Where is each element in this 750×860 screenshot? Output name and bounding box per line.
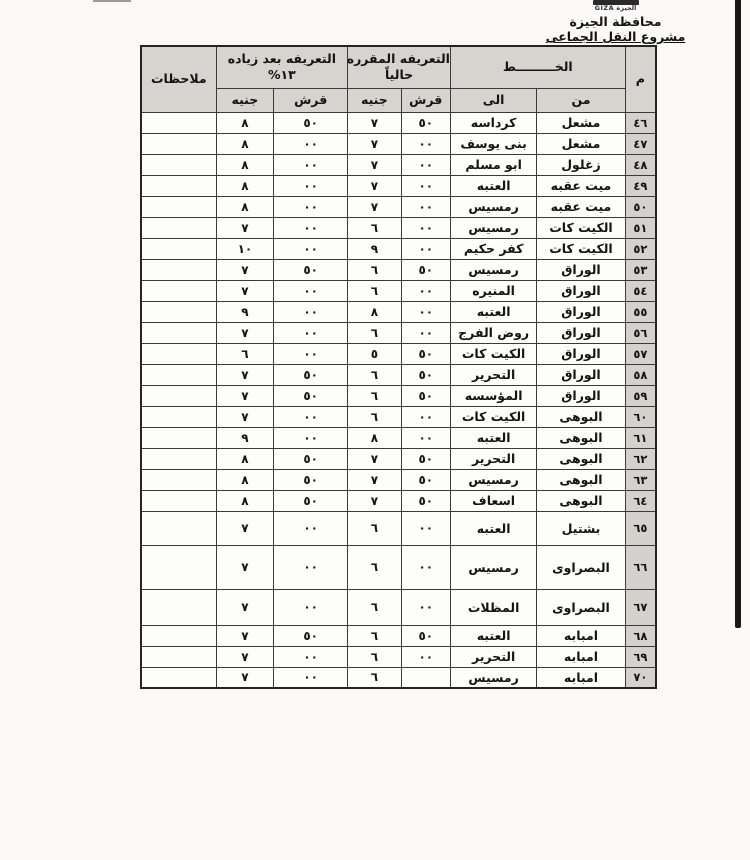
- new-pounds-cell: ٧: [216, 280, 274, 301]
- to-cell: المؤسسه: [450, 385, 536, 406]
- current-pounds-cell: ٦: [348, 259, 401, 280]
- row-number-cell: ٦٦: [625, 545, 656, 589]
- notes-cell: [141, 667, 216, 688]
- table-row: ٥٣الوراقرمسيس٥٠٦٥٠٧: [141, 259, 656, 280]
- giza-logo-text: الجيزة GIZA: [528, 5, 703, 12]
- tariff-table-body: ٤٦مشعلكرداسه٥٠٧٥٠٨٤٧مشعلبنى يوسف٠٠٧٠٠٨٤٨…: [141, 112, 656, 688]
- new-pounds-cell: ٧: [216, 217, 274, 238]
- table-row: ٥٦الوراقروض الفرج٠٠٦٠٠٧: [141, 322, 656, 343]
- from-cell: البوهى: [537, 490, 625, 511]
- to-cell: التحرير: [450, 646, 536, 667]
- from-cell: البوهى: [537, 406, 625, 427]
- row-number-cell: ٤٨: [625, 154, 656, 175]
- row-number-cell: ٥٨: [625, 364, 656, 385]
- scan-artifact: [93, 0, 131, 2]
- to-cell: العتبه: [450, 427, 536, 448]
- new-pounds-cell: ٨: [216, 469, 274, 490]
- to-cell: بنى يوسف: [450, 133, 536, 154]
- current-piasters-cell: ٠٠: [401, 154, 450, 175]
- row-number-cell: ٦٣: [625, 469, 656, 490]
- new-pounds-cell: ٨: [216, 196, 274, 217]
- from-cell: امبابه: [537, 646, 625, 667]
- row-number-cell: ٦٥: [625, 511, 656, 545]
- new-piasters-cell: ٥٠: [274, 469, 348, 490]
- notes-cell: [141, 196, 216, 217]
- row-number-cell: ٥٠: [625, 196, 656, 217]
- col-header-new-tariff: التعريفه بعد زياده ١٣%: [216, 46, 348, 88]
- notes-cell: [141, 364, 216, 385]
- col-header-current-piasters: قرش: [401, 88, 450, 112]
- to-cell: ابو مسلم: [450, 154, 536, 175]
- table-row: ٥٨الوراقالتحرير٥٠٦٥٠٧: [141, 364, 656, 385]
- table-row: ٦٣البوهىرمسيس٥٠٧٥٠٨: [141, 469, 656, 490]
- row-number-cell: ٧٠: [625, 667, 656, 688]
- new-piasters-cell: ٠٠: [274, 646, 348, 667]
- from-cell: البصراوى: [537, 589, 625, 625]
- new-tariff-line2: ١٣%: [217, 67, 348, 83]
- tariff-table: م الخـــــــــط التعريفه المقرره حالياً …: [140, 45, 657, 689]
- notes-cell: [141, 625, 216, 646]
- current-piasters-cell: ٠٠: [401, 217, 450, 238]
- notes-cell: [141, 385, 216, 406]
- notes-cell: [141, 490, 216, 511]
- row-number-cell: ٦٤: [625, 490, 656, 511]
- notes-cell: [141, 448, 216, 469]
- notes-cell: [141, 589, 216, 625]
- row-number-cell: ٥٤: [625, 280, 656, 301]
- from-cell: الكيت كات: [537, 217, 625, 238]
- table-row: ٦٨امبابهالعتبه٥٠٦٥٠٧: [141, 625, 656, 646]
- from-cell: زغلول: [537, 154, 625, 175]
- new-pounds-cell: ٦: [216, 343, 274, 364]
- current-pounds-cell: ٧: [348, 112, 401, 133]
- to-cell: التحرير: [450, 448, 536, 469]
- new-piasters-cell: ٠٠: [274, 427, 348, 448]
- from-cell: البوهى: [537, 469, 625, 490]
- notes-cell: [141, 301, 216, 322]
- org-name: محافظة الجيزة: [528, 14, 703, 29]
- from-cell: الوراق: [537, 343, 625, 364]
- new-piasters-cell: ٥٠: [274, 490, 348, 511]
- row-number-cell: ٥٥: [625, 301, 656, 322]
- table-row: ٤٧مشعلبنى يوسف٠٠٧٠٠٨: [141, 133, 656, 154]
- new-pounds-cell: ٧: [216, 589, 274, 625]
- new-pounds-cell: ٩: [216, 427, 274, 448]
- notes-cell: [141, 343, 216, 364]
- notes-cell: [141, 469, 216, 490]
- current-piasters-cell: ٠٠: [401, 322, 450, 343]
- row-number-cell: ٦٩: [625, 646, 656, 667]
- current-piasters-cell: ٥٠: [401, 343, 450, 364]
- current-pounds-cell: ٦: [348, 280, 401, 301]
- current-pounds-cell: ٨: [348, 427, 401, 448]
- new-pounds-cell: ٧: [216, 385, 274, 406]
- current-piasters-cell: [401, 667, 450, 688]
- new-pounds-cell: ٧: [216, 667, 274, 688]
- table-row: ٦٧البصراوىالمظلات٠٠٦٠٠٧: [141, 589, 656, 625]
- new-pounds-cell: ٨: [216, 154, 274, 175]
- notes-cell: [141, 217, 216, 238]
- new-pounds-cell: ٧: [216, 545, 274, 589]
- table-row: ٥٧الوراقالكيت كات٥٠٥٠٠٦: [141, 343, 656, 364]
- row-number-cell: ٤٩: [625, 175, 656, 196]
- current-pounds-cell: ٦: [348, 589, 401, 625]
- current-tariff-line1: التعريفه المقرره: [348, 51, 450, 67]
- from-cell: مشعل: [537, 112, 625, 133]
- new-pounds-cell: ٨: [216, 490, 274, 511]
- row-number-cell: ٥٧: [625, 343, 656, 364]
- to-cell: اسعاف: [450, 490, 536, 511]
- to-cell: العتبه: [450, 625, 536, 646]
- table-row: ٥٢الكيت كاتكفر حكيم٠٠٩٠٠١٠: [141, 238, 656, 259]
- notes-cell: [141, 280, 216, 301]
- table-row: ٥٤الوراقالمنيره٠٠٦٠٠٧: [141, 280, 656, 301]
- current-piasters-cell: ٠٠: [401, 511, 450, 545]
- notes-cell: [141, 406, 216, 427]
- current-pounds-cell: ٧: [348, 175, 401, 196]
- row-number-cell: ٥٩: [625, 385, 656, 406]
- new-piasters-cell: ٠٠: [274, 301, 348, 322]
- current-pounds-cell: ٧: [348, 196, 401, 217]
- from-cell: الوراق: [537, 322, 625, 343]
- scanned-page: الجيزة GIZA محافظة الجيزة مشروع النقل ال…: [0, 0, 750, 860]
- new-piasters-cell: ٥٠: [274, 364, 348, 385]
- new-piasters-cell: ٠٠: [274, 196, 348, 217]
- new-piasters-cell: ٠٠: [274, 175, 348, 196]
- current-pounds-cell: ٦: [348, 625, 401, 646]
- notes-cell: [141, 154, 216, 175]
- row-number-cell: ٦١: [625, 427, 656, 448]
- current-piasters-cell: ٥٠: [401, 385, 450, 406]
- to-cell: العتبه: [450, 301, 536, 322]
- row-number-cell: ٦٠: [625, 406, 656, 427]
- col-header-current-pounds: جنيه: [348, 88, 401, 112]
- table-row: ٤٩ميت عقبهالعتبه٠٠٧٠٠٨: [141, 175, 656, 196]
- table-row: ٦١البوهىالعتبه٠٠٨٠٠٩: [141, 427, 656, 448]
- new-pounds-cell: ١٠: [216, 238, 274, 259]
- col-header-new-pounds: جنيه: [216, 88, 274, 112]
- current-piasters-cell: ٥٠: [401, 448, 450, 469]
- from-cell: ميت عقبه: [537, 175, 625, 196]
- to-cell: رمسيس: [450, 667, 536, 688]
- current-pounds-cell: ٦: [348, 217, 401, 238]
- new-tariff-line1: التعريفه بعد زياده: [217, 51, 348, 67]
- col-header-line: الخـــــــــط: [450, 46, 625, 88]
- to-cell: العتبه: [450, 511, 536, 545]
- new-pounds-cell: ٨: [216, 448, 274, 469]
- new-piasters-cell: ٥٠: [274, 625, 348, 646]
- new-pounds-cell: ٨: [216, 112, 274, 133]
- new-piasters-cell: ٠٠: [274, 238, 348, 259]
- notes-cell: [141, 511, 216, 545]
- scan-border-line: [735, 0, 741, 628]
- current-pounds-cell: ٦: [348, 667, 401, 688]
- new-pounds-cell: ٧: [216, 625, 274, 646]
- current-piasters-cell: ٠٠: [401, 406, 450, 427]
- new-piasters-cell: ٠٠: [274, 589, 348, 625]
- from-cell: بشتيل: [537, 511, 625, 545]
- table-row: ٥١الكيت كاترمسيس٠٠٦٠٠٧: [141, 217, 656, 238]
- new-piasters-cell: ٠٠: [274, 343, 348, 364]
- col-header-to: الى: [450, 88, 536, 112]
- new-piasters-cell: ٠٠: [274, 217, 348, 238]
- current-piasters-cell: ٥٠: [401, 259, 450, 280]
- row-number-cell: ٥٦: [625, 322, 656, 343]
- row-number-cell: ٥١: [625, 217, 656, 238]
- table-row: ٤٦مشعلكرداسه٥٠٧٥٠٨: [141, 112, 656, 133]
- current-piasters-cell: ٠٠: [401, 280, 450, 301]
- table-row: ٧٠امبابهرمسيس٦٠٠٧: [141, 667, 656, 688]
- to-cell: رمسيس: [450, 545, 536, 589]
- to-cell: كرداسه: [450, 112, 536, 133]
- from-cell: امبابه: [537, 625, 625, 646]
- col-header-current-tariff: التعريفه المقرره حالياً: [348, 46, 451, 88]
- new-piasters-cell: ٠٠: [274, 322, 348, 343]
- new-pounds-cell: ٨: [216, 133, 274, 154]
- current-pounds-cell: ٧: [348, 469, 401, 490]
- to-cell: التحرير: [450, 364, 536, 385]
- current-pounds-cell: ٨: [348, 301, 401, 322]
- current-pounds-cell: ٧: [348, 133, 401, 154]
- from-cell: ميت عقبه: [537, 196, 625, 217]
- from-cell: مشعل: [537, 133, 625, 154]
- table-row: ٥٥الوراقالعتبه٠٠٨٠٠٩: [141, 301, 656, 322]
- header-row-1: م الخـــــــــط التعريفه المقرره حالياً …: [141, 46, 656, 88]
- row-number-cell: ٦٢: [625, 448, 656, 469]
- new-pounds-cell: ٧: [216, 646, 274, 667]
- from-cell: الكيت كات: [537, 238, 625, 259]
- from-cell: الوراق: [537, 364, 625, 385]
- row-number-cell: ٤٧: [625, 133, 656, 154]
- col-header-num: م: [625, 46, 656, 112]
- table-row: ٥٠ميت عقبهرمسيس٠٠٧٠٠٨: [141, 196, 656, 217]
- to-cell: رمسيس: [450, 217, 536, 238]
- row-number-cell: ٥٣: [625, 259, 656, 280]
- letterhead: الجيزة GIZA محافظة الجيزة مشروع النقل ال…: [528, 0, 703, 45]
- to-cell: العتبه: [450, 175, 536, 196]
- from-cell: البوهى: [537, 448, 625, 469]
- new-piasters-cell: ٠٠: [274, 154, 348, 175]
- current-piasters-cell: ٠٠: [401, 545, 450, 589]
- current-pounds-cell: ٦: [348, 545, 401, 589]
- current-pounds-cell: ٧: [348, 154, 401, 175]
- notes-cell: [141, 112, 216, 133]
- current-piasters-cell: ٥٠: [401, 469, 450, 490]
- from-cell: امبابه: [537, 667, 625, 688]
- current-pounds-cell: ٦: [348, 511, 401, 545]
- notes-cell: [141, 133, 216, 154]
- notes-cell: [141, 427, 216, 448]
- to-cell: المظلات: [450, 589, 536, 625]
- to-cell: الكيت كات: [450, 343, 536, 364]
- project-name: مشروع النقل الجماعى: [528, 29, 703, 45]
- to-cell: كفر حكيم: [450, 238, 536, 259]
- current-pounds-cell: ٧: [348, 490, 401, 511]
- giza-logo-icon: الجيزة GIZA: [528, 0, 703, 13]
- table-row: ٥٩الوراقالمؤسسه٥٠٦٥٠٧: [141, 385, 656, 406]
- current-pounds-cell: ٧: [348, 448, 401, 469]
- notes-cell: [141, 646, 216, 667]
- new-piasters-cell: ٥٠: [274, 448, 348, 469]
- current-piasters-cell: ٠٠: [401, 238, 450, 259]
- new-pounds-cell: ٧: [216, 511, 274, 545]
- from-cell: الوراق: [537, 301, 625, 322]
- from-cell: الوراق: [537, 259, 625, 280]
- to-cell: روض الفرج: [450, 322, 536, 343]
- row-number-cell: ٦٨: [625, 625, 656, 646]
- new-piasters-cell: ٥٠: [274, 259, 348, 280]
- new-pounds-cell: ٧: [216, 259, 274, 280]
- row-number-cell: ٥٢: [625, 238, 656, 259]
- notes-cell: [141, 238, 216, 259]
- table-row: ٦٩امبابهالتحرير٠٠٦٠٠٧: [141, 646, 656, 667]
- new-pounds-cell: ٧: [216, 406, 274, 427]
- new-pounds-cell: ٩: [216, 301, 274, 322]
- current-piasters-cell: ٥٠: [401, 490, 450, 511]
- current-pounds-cell: ٦: [348, 406, 401, 427]
- current-pounds-cell: ٥: [348, 343, 401, 364]
- current-pounds-cell: ٦: [348, 646, 401, 667]
- table-row: ٦٤البوهىاسعاف٥٠٧٥٠٨: [141, 490, 656, 511]
- col-header-notes: ملاحظات: [141, 46, 216, 112]
- col-header-new-piasters: قرش: [274, 88, 348, 112]
- current-tariff-line2: حالياً: [348, 67, 450, 83]
- new-pounds-cell: ٨: [216, 175, 274, 196]
- notes-cell: [141, 175, 216, 196]
- new-pounds-cell: ٧: [216, 364, 274, 385]
- current-piasters-cell: ٠٠: [401, 427, 450, 448]
- current-piasters-cell: ٠٠: [401, 175, 450, 196]
- to-cell: رمسيس: [450, 259, 536, 280]
- to-cell: رمسيس: [450, 196, 536, 217]
- current-piasters-cell: ٥٠: [401, 112, 450, 133]
- table-row: ٤٨زغلولابو مسلم٠٠٧٠٠٨: [141, 154, 656, 175]
- current-piasters-cell: ٥٠: [401, 625, 450, 646]
- new-piasters-cell: ٠٠: [274, 133, 348, 154]
- new-pounds-cell: ٧: [216, 322, 274, 343]
- new-piasters-cell: ٠٠: [274, 406, 348, 427]
- table-row: ٦٦البصراوىرمسيس٠٠٦٠٠٧: [141, 545, 656, 589]
- new-piasters-cell: ٠٠: [274, 280, 348, 301]
- new-piasters-cell: ٥٠: [274, 385, 348, 406]
- notes-cell: [141, 322, 216, 343]
- current-piasters-cell: ٠٠: [401, 301, 450, 322]
- from-cell: الوراق: [537, 385, 625, 406]
- header-row-2: من الى قرش جنيه قرش جنيه: [141, 88, 656, 112]
- to-cell: المنيره: [450, 280, 536, 301]
- notes-cell: [141, 545, 216, 589]
- from-cell: البصراوى: [537, 545, 625, 589]
- from-cell: البوهى: [537, 427, 625, 448]
- current-piasters-cell: ٥٠: [401, 364, 450, 385]
- new-piasters-cell: ٠٠: [274, 545, 348, 589]
- new-piasters-cell: ٥٠: [274, 112, 348, 133]
- new-piasters-cell: ٠٠: [274, 667, 348, 688]
- table-row: ٦٢البوهىالتحرير٥٠٧٥٠٨: [141, 448, 656, 469]
- col-header-from: من: [537, 88, 625, 112]
- current-piasters-cell: ٠٠: [401, 133, 450, 154]
- new-piasters-cell: ٠٠: [274, 511, 348, 545]
- row-number-cell: ٤٦: [625, 112, 656, 133]
- to-cell: الكيت كات: [450, 406, 536, 427]
- current-pounds-cell: ٦: [348, 322, 401, 343]
- row-number-cell: ٦٧: [625, 589, 656, 625]
- to-cell: رمسيس: [450, 469, 536, 490]
- current-piasters-cell: ٠٠: [401, 196, 450, 217]
- current-pounds-cell: ٦: [348, 385, 401, 406]
- notes-cell: [141, 259, 216, 280]
- current-pounds-cell: ٩: [348, 238, 401, 259]
- current-pounds-cell: ٦: [348, 364, 401, 385]
- table-row: ٦٠البوهىالكيت كات٠٠٦٠٠٧: [141, 406, 656, 427]
- table-row: ٦٥بشتيلالعتبه٠٠٦٠٠٧: [141, 511, 656, 545]
- current-piasters-cell: ٠٠: [401, 589, 450, 625]
- from-cell: الوراق: [537, 280, 625, 301]
- current-piasters-cell: ٠٠: [401, 646, 450, 667]
